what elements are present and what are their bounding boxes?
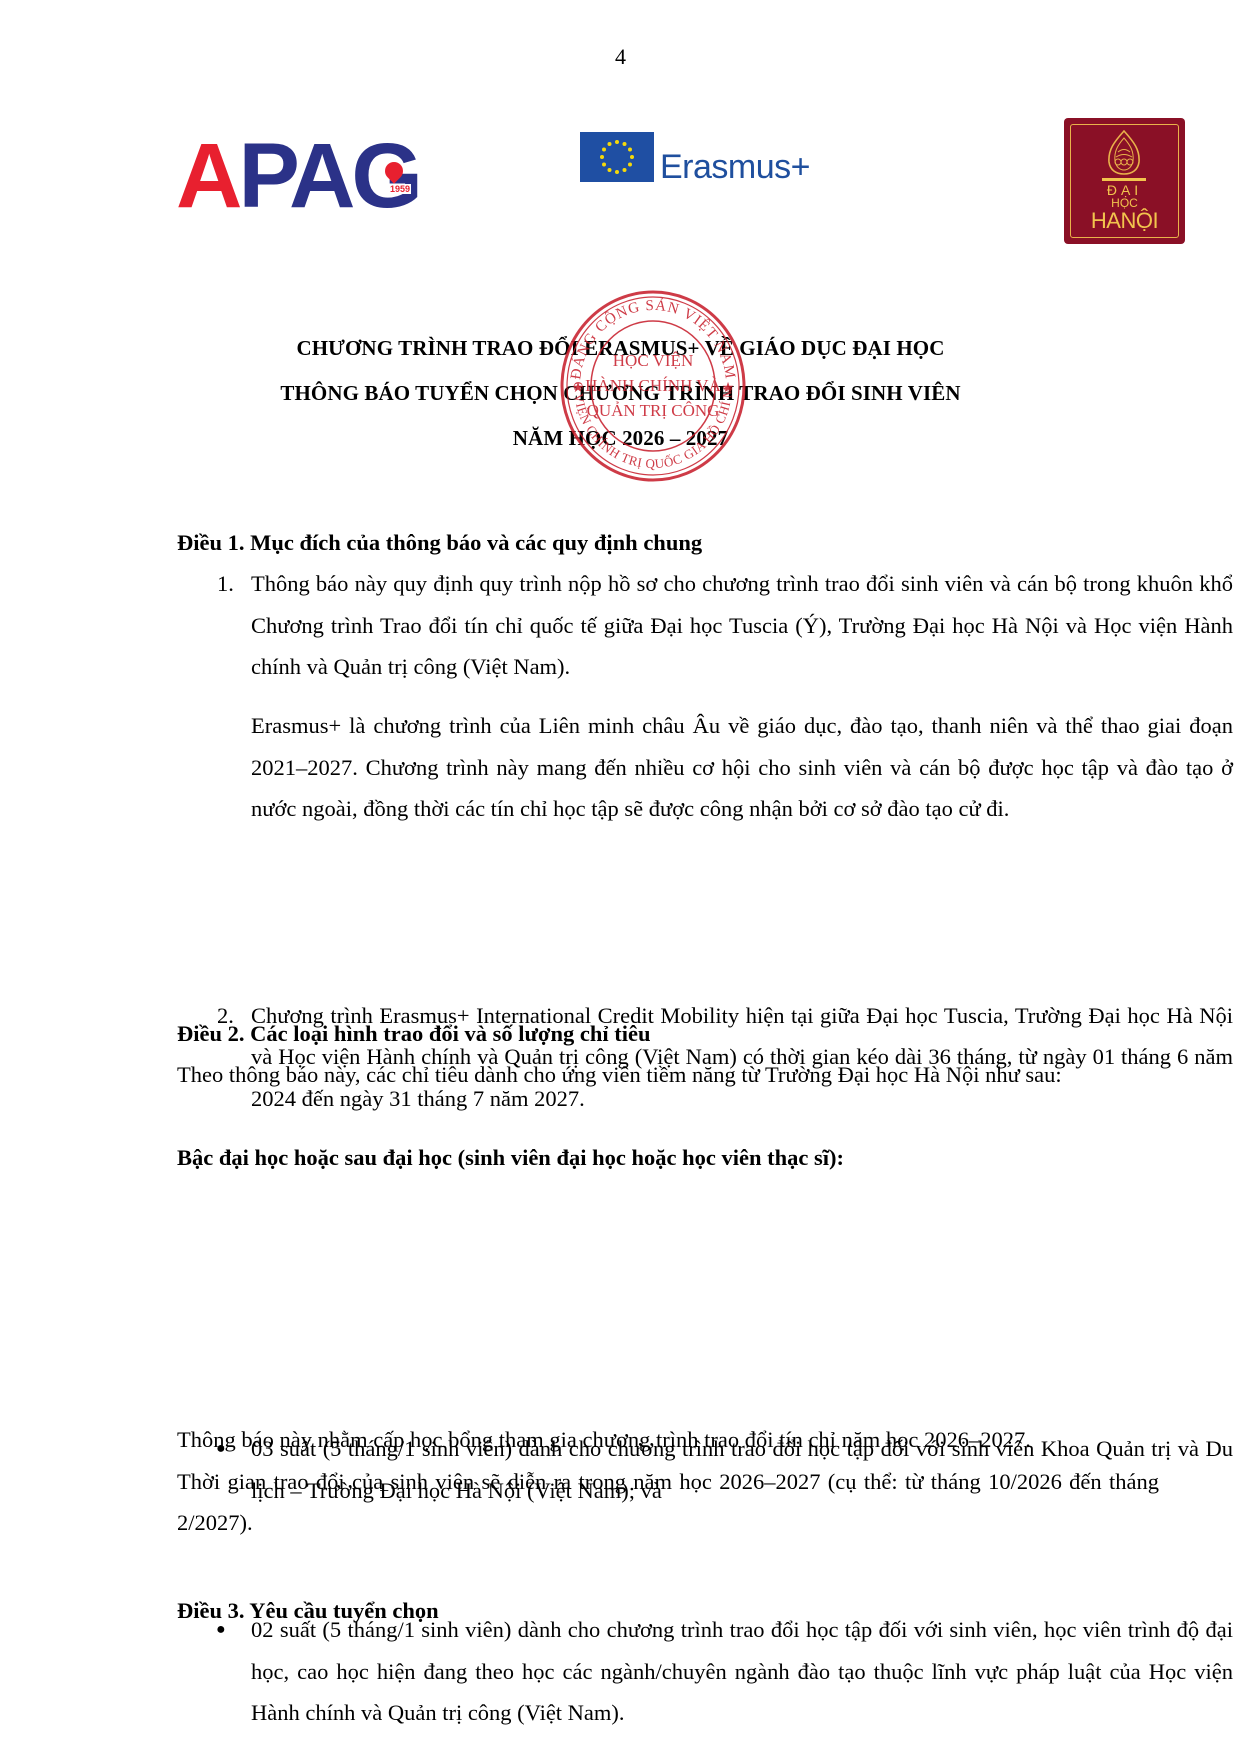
bullet-text: 02 suất (5 tháng/1 sinh viên) dành cho c… [251, 1617, 1233, 1725]
list-number: 1. [217, 563, 234, 605]
article-2-note: Thông báo này nhằm cấp học bổng tham gia… [177, 1419, 1159, 1544]
article-2-note-line-2: Thời gian trao đổi của sinh viên sẽ diễn… [177, 1461, 1159, 1544]
apag-logo-letter-a: A [176, 140, 238, 212]
hanoi-logo-line3: HANỘI [1064, 208, 1185, 234]
eu-flag-icon [580, 132, 654, 182]
article-1-paragraph: Erasmus+ là chương trình của Liên minh c… [177, 705, 1233, 830]
document-title-line-3: NĂM HỌC 2026 – 2027 [0, 426, 1241, 451]
article-3-heading: Điều 3. Yêu cầu tuyển chọn [177, 1590, 1159, 1632]
logo-divider [1102, 178, 1146, 181]
hanoi-university-logo: ĐẠI HỌC HANỘI [1064, 118, 1185, 244]
article-2-subheading: Bậc đại học hoặc sau đại học (sinh viên … [177, 1137, 1159, 1179]
apag-logo-year: 1959 [389, 184, 411, 194]
article-1-heading: Điều 1. Mục đích của thông báo và các qu… [177, 522, 1159, 564]
temple-emblem-icon [1106, 130, 1142, 176]
article-2-note-line-1: Thông báo này nhằm cấp học bổng tham gia… [177, 1419, 1159, 1461]
article-1-item-1: 1. Thông báo này quy định quy trình nộp … [177, 563, 1233, 688]
article-2-intro: Theo thông báo này, các chỉ tiêu dành ch… [177, 1054, 1159, 1096]
apag-logo: A PAG 1959 [176, 140, 419, 212]
apag-logo-letters: PAG 1959 [238, 140, 419, 212]
article-2-heading: Điều 2. Các loại hình trao đổi và số lượ… [177, 1013, 1159, 1055]
erasmus-logo: Erasmus+ [580, 132, 810, 182]
document-title-line-1: CHƯƠNG TRÌNH TRAO ĐỔI ERASMUS+ VỀ GIÁO D… [0, 336, 1241, 361]
page-number: 4 [0, 44, 1241, 70]
article-1-item-1-text: Thông báo này quy định quy trình nộp hồ … [251, 571, 1233, 679]
erasmus-logo-text: Erasmus+ [660, 150, 810, 184]
document-title-line-2: THÔNG BÁO TUYỂN CHỌN CHƯƠNG TRÌNH TRAO Đ… [0, 381, 1241, 406]
